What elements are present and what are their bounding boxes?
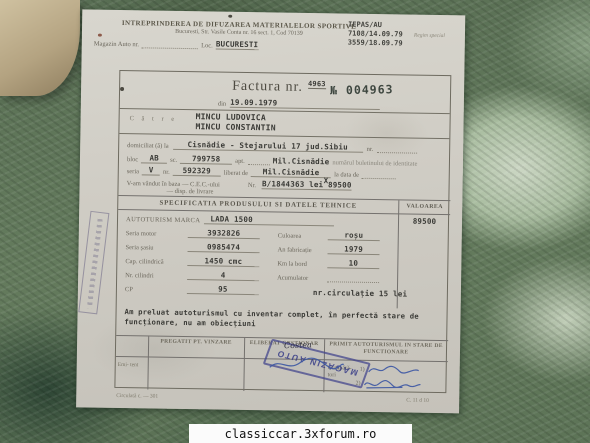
divider (243, 338, 245, 391)
invoice-title: Factura nr. (232, 79, 303, 96)
value-header: VALOAREA (399, 203, 450, 210)
data-blank (362, 178, 396, 180)
spec-label: Culoarea (278, 232, 324, 240)
circulatie-value: nr.circulație 15 lei (313, 288, 407, 298)
footer-right: C. 11 d 10 (406, 398, 429, 404)
ref-line-3: 3559/18.09.79 (348, 39, 403, 49)
address-nr-label: nr. (367, 146, 374, 153)
spec-label: CP (125, 286, 183, 294)
spec-value (327, 281, 379, 283)
sale-nr-label: Nr. (248, 182, 256, 189)
address-row: domiciliat (ă) la Cisnădie - Stejarului … (127, 139, 417, 154)
spec-value: 3932826 (188, 228, 260, 239)
spec-value: 95 (187, 284, 259, 295)
buyer-signature-1 (367, 364, 421, 377)
apt-label: apt. (235, 158, 245, 165)
invoice-number-stamp: № 004963 (330, 82, 394, 97)
spec-row: CP 95 (125, 283, 259, 295)
invoice-date: 19.09.1979 (230, 98, 380, 110)
recipient-names: MINCU LUDOVICA MINCU CONSTANTIN (195, 112, 276, 133)
recipient-name-2: MINCU CONSTANTIN (195, 122, 275, 133)
spec-row: Seria șasiu 0985474 An fabricație 1979 (126, 241, 380, 255)
divider (119, 133, 449, 139)
watermark-text: classiccar.3xforum.ro (225, 427, 377, 441)
apt-blank (248, 164, 270, 165)
marca-value: LADA 1500 (204, 214, 334, 226)
invoice-title-row: Factura nr. 4963 № 004963 (232, 79, 393, 98)
spec-label: Cap. cilindrică (125, 258, 183, 266)
data-label: la data de (334, 171, 359, 178)
spec-label: Acumulator (277, 274, 323, 282)
cec-value: B/1844363 lei 89500 (262, 179, 352, 190)
address-nr-blank (377, 152, 417, 154)
seria-value: V (142, 165, 160, 175)
buyer-signature-2 (362, 378, 422, 391)
vertical-registry-stamp (78, 211, 109, 315)
row-label-emitent: Emi- tent (118, 362, 146, 368)
paper-speck (228, 15, 232, 18)
magazin-label: Magazin Auto nr. (94, 41, 139, 49)
sc-label: sc. (170, 157, 177, 164)
seria-label: seria (127, 168, 139, 175)
handwritten-name: Costea (284, 340, 312, 350)
bloc-value: AB (141, 153, 167, 163)
spec-row: Seria motor 3932826 Culoarea roșu (126, 227, 380, 241)
divider (120, 108, 450, 114)
invoice-number-typed: 4963 (308, 80, 326, 89)
col-pregatit-header: PREGATIT PT. VINZARE (152, 339, 240, 347)
date-label: din (218, 101, 226, 108)
sale-row-1: V-am vândut în baza — C.E.C.-ului Nr. B/… (127, 177, 352, 191)
stamp-signature-scribble (266, 355, 346, 374)
militie-value-2: Mil.Cisnădie (251, 167, 331, 178)
loc-label: Loc. (201, 42, 213, 49)
nr-label: nr. (163, 169, 170, 176)
sc-value: 799758 (180, 154, 232, 165)
reference-block: IEPAS/AU 7108/14.09.79 3559/18.09.79 (348, 21, 403, 49)
watermark-bar: classiccar.3xforum.ro (189, 424, 412, 443)
tan-object-corner (0, 0, 80, 96)
spec-row: Nr. cilindri 4 Acumulator (125, 269, 379, 283)
recipient-label: C ă t r e (130, 115, 178, 123)
value-amount: 89500 (399, 216, 450, 226)
address-label: domiciliat (ă) la (127, 142, 169, 150)
footer-left: Circulată c. — 301 (116, 393, 158, 400)
marca-label: AUTOTURISM MARCA (126, 216, 200, 224)
loc-value: BUCURESTI (216, 39, 259, 50)
spec-label: Seria motor (126, 230, 184, 238)
sale-row-2: — disp. de livrare (166, 188, 213, 196)
marca-row: AUTOTURISM MARCA LADA 1500 (126, 213, 334, 226)
spec-value: 10 (327, 258, 379, 269)
spec-value: 1979 (328, 244, 380, 255)
spec-label: Nr. cilindri (125, 272, 183, 280)
spec-value: 0985474 (188, 242, 260, 253)
paper-speck (98, 34, 102, 37)
spec-label: Km la bord (277, 260, 323, 268)
spec-table: SPECIFICATIA PRODUSULUI SI DATELE TEHNIC… (117, 195, 451, 308)
spec-label: An fabricație (278, 246, 324, 254)
form-box: Factura nr. 4963 № 004963 din 19.09.1979… (114, 70, 451, 393)
spec-label: Seria șasiu (126, 244, 184, 252)
buletin-label: numărul buletinului de identitate (332, 159, 417, 167)
acceptance-statement: Am preluat autoturismul cu inventar comp… (124, 307, 442, 332)
nr-value: 592329 (173, 166, 221, 177)
invoice-paper: INTREPRINDEREA DE DIFUZAREA MATERIALELOR… (76, 9, 465, 413)
spec-row: Cap. cilindrică 1450 cmc Km la bord 10 (125, 255, 379, 269)
disp-livrare-label: — disp. de livrare (166, 188, 213, 196)
paper-speck (120, 87, 124, 91)
bloc-label: bloc (127, 156, 138, 163)
spec-value: 4 (187, 270, 259, 281)
letterhead-store-line: Magazin Auto nr. Loc. BUCURESTI (94, 38, 259, 51)
col-primit-header: PRIMIT AUTOTURISMUL IN STARE DE FUNCTION… (326, 341, 446, 356)
liberat-label: liberat de (224, 170, 248, 177)
spec-value: 1450 cmc (187, 256, 259, 267)
regim-special-note: Regim special (414, 33, 445, 39)
magazin-blank (142, 47, 198, 49)
signature-line-2: 2) (355, 378, 422, 391)
spec-value: roșu (328, 230, 380, 241)
address-value: Cisnădie - Stejarului 17 jud.Sibiu (173, 140, 363, 153)
invoice-date-row: din 19.09.1979 (218, 98, 380, 111)
divider (147, 336, 149, 389)
militie-value-1: Mil.Cisnădie (273, 156, 330, 166)
